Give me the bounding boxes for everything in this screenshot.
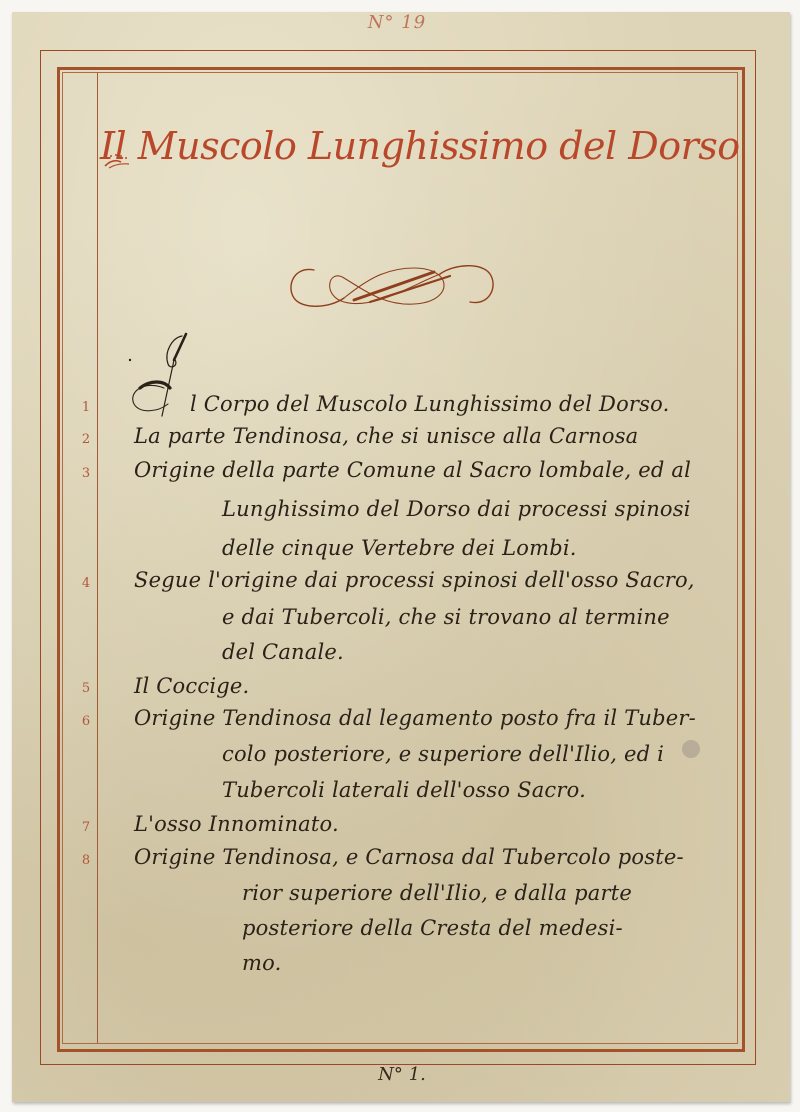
entry-line: Segue l'origine dai processi spinosi del… <box>134 568 695 592</box>
entry-line: Origine Tendinosa, e Carnosa dal Tuberco… <box>134 845 684 869</box>
margin-number: 7 <box>76 820 96 835</box>
entry-line: posteriore della Cresta del medesi- <box>242 916 623 940</box>
margin-number: 1 <box>76 400 96 415</box>
entry-line: mo. <box>242 951 281 975</box>
entry-line: Tubercoli laterali dell'osso Sacro. <box>222 778 586 802</box>
margin-number: 6 <box>76 714 96 729</box>
margin-number: 4 <box>76 576 96 591</box>
sheet-number-top: N° 19 <box>352 12 442 36</box>
entry-line: del Canale. <box>222 640 344 664</box>
entry-line: Origine Tendinosa dal legamento posto fr… <box>134 706 696 730</box>
paper-stain <box>682 740 700 758</box>
entry-line: Lunghissimo del Dorso dai processi spino… <box>222 497 691 521</box>
entry-line: L'osso Innominato. <box>134 812 339 836</box>
entry-line: rior superiore dell'Ilio, e dalla parte <box>242 881 632 905</box>
entry-line: La parte Tendinosa, che si unisce alla C… <box>134 424 638 448</box>
footer-plate-number: N° 1. <box>372 1064 432 1085</box>
calligraphic-flourish-icon <box>284 258 500 314</box>
entry-line: l Corpo del Muscolo Lunghissimo del Dors… <box>190 392 670 416</box>
entry-line: Origine della parte Comune al Sacro lomb… <box>134 458 691 482</box>
margin-rule <box>97 73 98 1043</box>
entry-line: delle cinque Vertebre dei Lombi. <box>222 536 577 560</box>
margin-number: 3 <box>76 466 96 481</box>
entry-line: Il Coccige. <box>134 674 249 698</box>
entry-line: colo posteriore, e superiore dell'Ilio, … <box>222 742 664 766</box>
page-title: Il Muscolo Lunghissimo del Dorso <box>100 124 740 168</box>
margin-number: 5 <box>76 681 96 696</box>
margin-number: 8 <box>76 853 96 868</box>
margin-number: 2 <box>76 432 96 447</box>
entry-line: e dai Tubercoli, che si trovano al termi… <box>222 605 670 629</box>
